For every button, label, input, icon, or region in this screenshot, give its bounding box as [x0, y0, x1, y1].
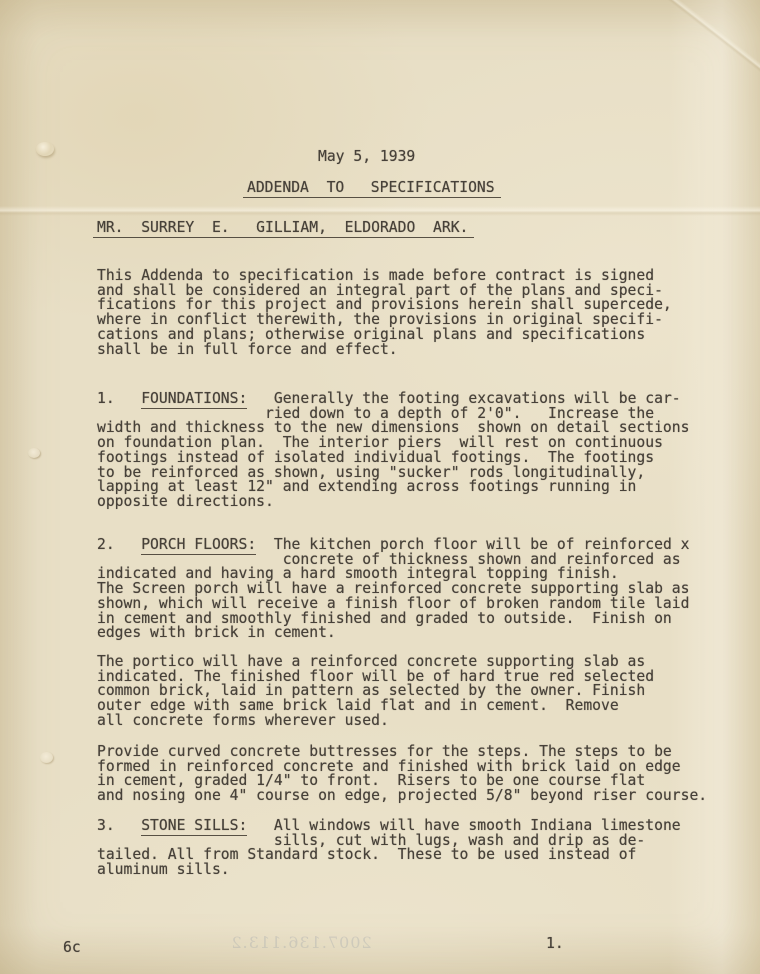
intro-paragraph: This Addenda to specification is made be…: [97, 269, 707, 357]
addressee-line: MR. SURREY E. GILLIAM, ELDORADO ARK.: [97, 221, 474, 236]
portico-paragraph: The portico will have a reinforced concr…: [97, 655, 717, 729]
paper-crease-horizontal: [0, 206, 760, 216]
corner-mark: 6c: [63, 941, 81, 956]
section-body-text: concrete of thickness shown and reinforc…: [97, 551, 689, 642]
section-body-text: sills, cut with lugs, wash and drip as d…: [97, 832, 645, 878]
buttresses-paragraph: Provide curved concrete buttresses for t…: [97, 745, 722, 804]
paper-crease-diagonal: [625, 0, 760, 127]
document-page: May 5, 1939 ADDENDA TO SPECIFICATIONS MR…: [0, 0, 760, 974]
paper-blemish: [28, 448, 40, 458]
document-title: ADDENDA TO SPECIFICATIONS: [247, 181, 501, 196]
addressee-text: MR. SURREY E. GILLIAM, ELDORADO ARK.: [93, 219, 474, 238]
section-porch-floors: 2. PORCH FLOORS: The kitchen porch floor…: [97, 538, 722, 641]
page-number: 1.: [546, 937, 564, 952]
section-stone-sills: 3. STONE SILLS: All windows will have sm…: [97, 819, 722, 878]
paper-blemish: [40, 752, 53, 763]
bleedthrough-accession-number: 2007.136.113.2: [196, 933, 406, 952]
section-body-text: ried down to a depth of 2'0". Increase t…: [97, 405, 689, 510]
paper-blemish: [36, 142, 54, 156]
section-foundations: 1. FOUNDATIONS: Generally the footing ex…: [97, 392, 722, 510]
document-title-text: ADDENDA TO SPECIFICATIONS: [243, 179, 501, 198]
date-line: May 5, 1939: [318, 150, 415, 165]
